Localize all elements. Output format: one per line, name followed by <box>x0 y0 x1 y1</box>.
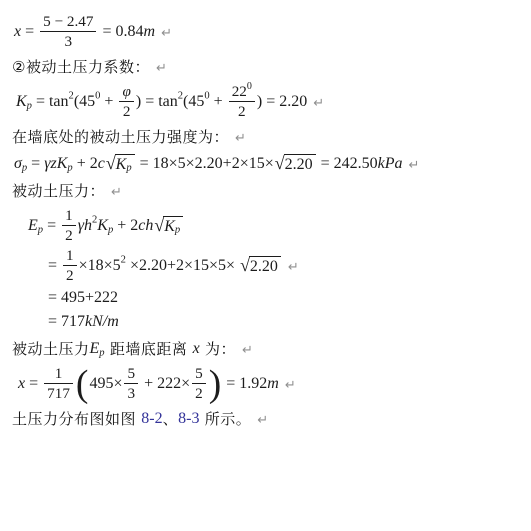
text-run: 717 <box>47 385 70 402</box>
superscript: 2 <box>69 91 74 102</box>
text-run: 2 <box>238 103 246 120</box>
text-run: kN/m <box>85 313 119 331</box>
text-run: = <box>25 375 42 393</box>
formula-passive-pressure-intensity: σp = γzKp + 2c√Kp = 18×5×2.20+2×15×√2.20… <box>14 153 527 175</box>
text-run: K <box>164 217 175 236</box>
text-run: + <box>210 93 227 111</box>
figure-number: 8-2 <box>141 410 162 428</box>
text-run: 所示。 <box>199 408 251 429</box>
text-run: + 2 <box>73 155 98 173</box>
text-run: ch <box>138 217 153 235</box>
text-run: 22 <box>232 83 247 100</box>
text-run: = tan <box>32 93 69 111</box>
heading-passive-pressure-coefficient: ②被动土压力系数：↵ <box>12 56 527 78</box>
text-run: c <box>98 155 105 173</box>
text-run: m <box>267 375 279 393</box>
fraction-denominator: 2 <box>192 384 206 402</box>
pilcrow-icon: ↵ <box>288 260 299 275</box>
fraction: 12 <box>62 207 76 245</box>
text-run: = 18×5×2.20+2×15× <box>136 155 274 173</box>
pilcrow-icon: ↵ <box>161 26 172 41</box>
formula-passive-force-substitution: = 12×18×52 ×2.20+2×15×5× √2.20↵ <box>48 247 527 285</box>
pilcrow-icon: ↵ <box>257 413 268 428</box>
text-run: = <box>27 155 44 173</box>
pilcrow-icon: ↵ <box>285 378 296 393</box>
text-run: 土压力分布图如图 <box>12 408 141 429</box>
subscript: p <box>99 348 104 359</box>
fraction: φ2 <box>119 83 133 121</box>
text-run: 、 <box>163 408 179 429</box>
text-run: γh <box>78 217 92 235</box>
fraction-numerator: φ <box>119 83 133 101</box>
text-run: 3 <box>65 33 73 50</box>
subscript: p <box>67 163 72 174</box>
subscript: p <box>108 225 113 236</box>
text-run: + 2 <box>113 217 138 235</box>
subscript: p <box>175 224 180 237</box>
fraction: 5 − 2.473 <box>40 13 96 51</box>
text-run: K <box>97 217 108 235</box>
text-run: 495× <box>89 375 122 393</box>
text-run: + <box>100 93 117 111</box>
text-run: = 1.92 <box>222 375 267 393</box>
text-run: x <box>193 340 200 358</box>
text-run: 距墙底距离 <box>105 338 193 359</box>
caption-figure-reference: 土压力分布图如图 8-2、8-3 所示。↵ <box>12 408 527 430</box>
formula-passive-force-result: = 717kN/m <box>48 311 527 333</box>
text-run: E <box>90 340 100 358</box>
text-run: 2 <box>123 103 131 120</box>
fraction-numerator: 1 <box>52 365 66 383</box>
text-run: 2.20 <box>250 257 278 276</box>
text-run: = <box>21 23 38 41</box>
formula-x-centroid: x = 5 − 2.473 = 0.84m↵ <box>14 13 527 51</box>
text-run: 2 <box>65 227 73 244</box>
text-run: = 495+222 <box>48 289 118 307</box>
fraction-numerator: 5 − 2.47 <box>40 13 96 31</box>
text-run: 3 <box>127 385 135 402</box>
fraction-denominator: 3 <box>124 384 138 402</box>
formula-passive-centroid: x = 1717(495×53 + 222×52) = 1.92m↵ <box>18 365 527 403</box>
text-run: kPa <box>378 155 403 173</box>
radicand: Kp <box>115 154 135 174</box>
fraction: 1717 <box>44 365 73 403</box>
label-passive-force: 被动土压力：↵ <box>12 180 527 202</box>
label-passive-pressure-intensity: 在墙底处的被动土压力强度为：↵ <box>12 126 527 148</box>
fraction-denominator: 2 <box>235 102 249 120</box>
pilcrow-icon: ↵ <box>313 96 324 111</box>
document-body: x = 5 − 2.473 = 0.84m↵②被动土压力系数：↵Kp = tan… <box>0 0 531 439</box>
page: { "page": { "background": "#ffffff", "te… <box>0 0 531 531</box>
text-run: 5 <box>127 365 135 382</box>
square-root: √2.20 <box>240 256 281 276</box>
text-run: 1 <box>65 207 73 224</box>
text-run: ②被动土压力系数： <box>12 56 150 77</box>
pilcrow-icon: ↵ <box>408 158 419 173</box>
text-run: = 0.84 <box>98 23 143 41</box>
subscript: p <box>126 162 131 175</box>
radicand: 2.20 <box>249 256 281 276</box>
superscript: 2 <box>121 255 126 266</box>
superscript: 0 <box>95 91 100 102</box>
text-run: 5 − 2.47 <box>43 13 93 30</box>
formula-passive-force-definition: Ep = 12γh2Kp + 2ch√Kp <box>28 207 527 245</box>
superscript: 0 <box>247 81 252 93</box>
square-root: √Kp <box>106 154 135 174</box>
text-run: x <box>14 23 21 41</box>
text-run: 被动土压力： <box>12 180 105 201</box>
superscript: 2 <box>92 215 97 226</box>
subscript: p <box>38 225 43 236</box>
text-run: E <box>28 217 38 235</box>
radicand: 2.20 <box>284 154 316 174</box>
subscript: p <box>27 101 32 112</box>
fraction: 53 <box>124 365 138 403</box>
text-run: x <box>18 375 25 393</box>
text-run: = <box>48 257 61 275</box>
fraction-denominator: 2 <box>62 226 76 244</box>
pilcrow-icon: ↵ <box>242 343 253 358</box>
fraction-denominator: 2 <box>120 102 134 120</box>
pilcrow-icon: ↵ <box>156 61 167 76</box>
text-run: ) = 2.20 <box>257 93 307 111</box>
text-run: 1 <box>55 365 63 382</box>
figure-number: 8-3 <box>178 410 199 428</box>
text-run: m <box>144 23 156 41</box>
superscript: 2 <box>178 91 183 102</box>
text-run: = 242.50 <box>317 155 378 173</box>
text-run: γzK <box>44 155 67 173</box>
radicand: Kp <box>163 216 183 236</box>
text-run: σ <box>14 155 22 173</box>
fraction: 2202 <box>229 83 255 121</box>
fraction-numerator: 1 <box>63 247 77 265</box>
pilcrow-icon: ↵ <box>235 131 246 146</box>
text-run: + 222× <box>140 375 190 393</box>
text-run: 为： <box>200 338 236 359</box>
text-run: ×2.20+2×15×5× <box>126 257 239 275</box>
superscript: 0 <box>204 91 209 102</box>
square-root: √2.20 <box>275 154 316 174</box>
text-run: K <box>116 155 127 174</box>
text-run: ×18×5 <box>79 257 121 275</box>
square-root: √Kp <box>154 216 183 236</box>
formula-passive-force-sum: = 495+222 <box>48 287 527 309</box>
text-run: 2 <box>66 267 74 284</box>
text-run: (45 <box>183 93 204 111</box>
text-run: = 717 <box>48 313 85 331</box>
text-run: ) = tan <box>136 93 178 111</box>
fraction-denominator: 3 <box>62 32 76 50</box>
text-run: K <box>16 93 27 111</box>
text-run: 1 <box>66 247 74 264</box>
text-run: 2.20 <box>285 155 313 174</box>
text-run: φ <box>122 83 130 100</box>
fraction: 52 <box>192 365 206 403</box>
text-run: 被动土压力 <box>12 338 90 359</box>
formula-passive-coefficient-kp: Kp = tan2(450 + φ2) = tan2(450 + 2202) =… <box>16 83 527 121</box>
text-run: 2 <box>195 385 203 402</box>
text-run: = <box>43 217 60 235</box>
text-run: (45 <box>74 93 95 111</box>
fraction-numerator: 220 <box>229 83 255 101</box>
fraction-denominator: 717 <box>44 384 73 402</box>
text-run: 在墙底处的被动土压力强度为： <box>12 126 229 147</box>
fraction-numerator: 5 <box>124 365 138 383</box>
fraction: 12 <box>63 247 77 285</box>
fraction-numerator: 1 <box>62 207 76 225</box>
subscript: p <box>22 163 27 174</box>
label-passive-force-centroid: 被动土压力Ep 距墙底距离 x 为：↵ <box>12 338 527 360</box>
fraction-numerator: 5 <box>192 365 206 383</box>
text-run: 5 <box>195 365 203 382</box>
fraction-denominator: 2 <box>63 266 77 284</box>
pilcrow-icon: ↵ <box>111 185 122 200</box>
